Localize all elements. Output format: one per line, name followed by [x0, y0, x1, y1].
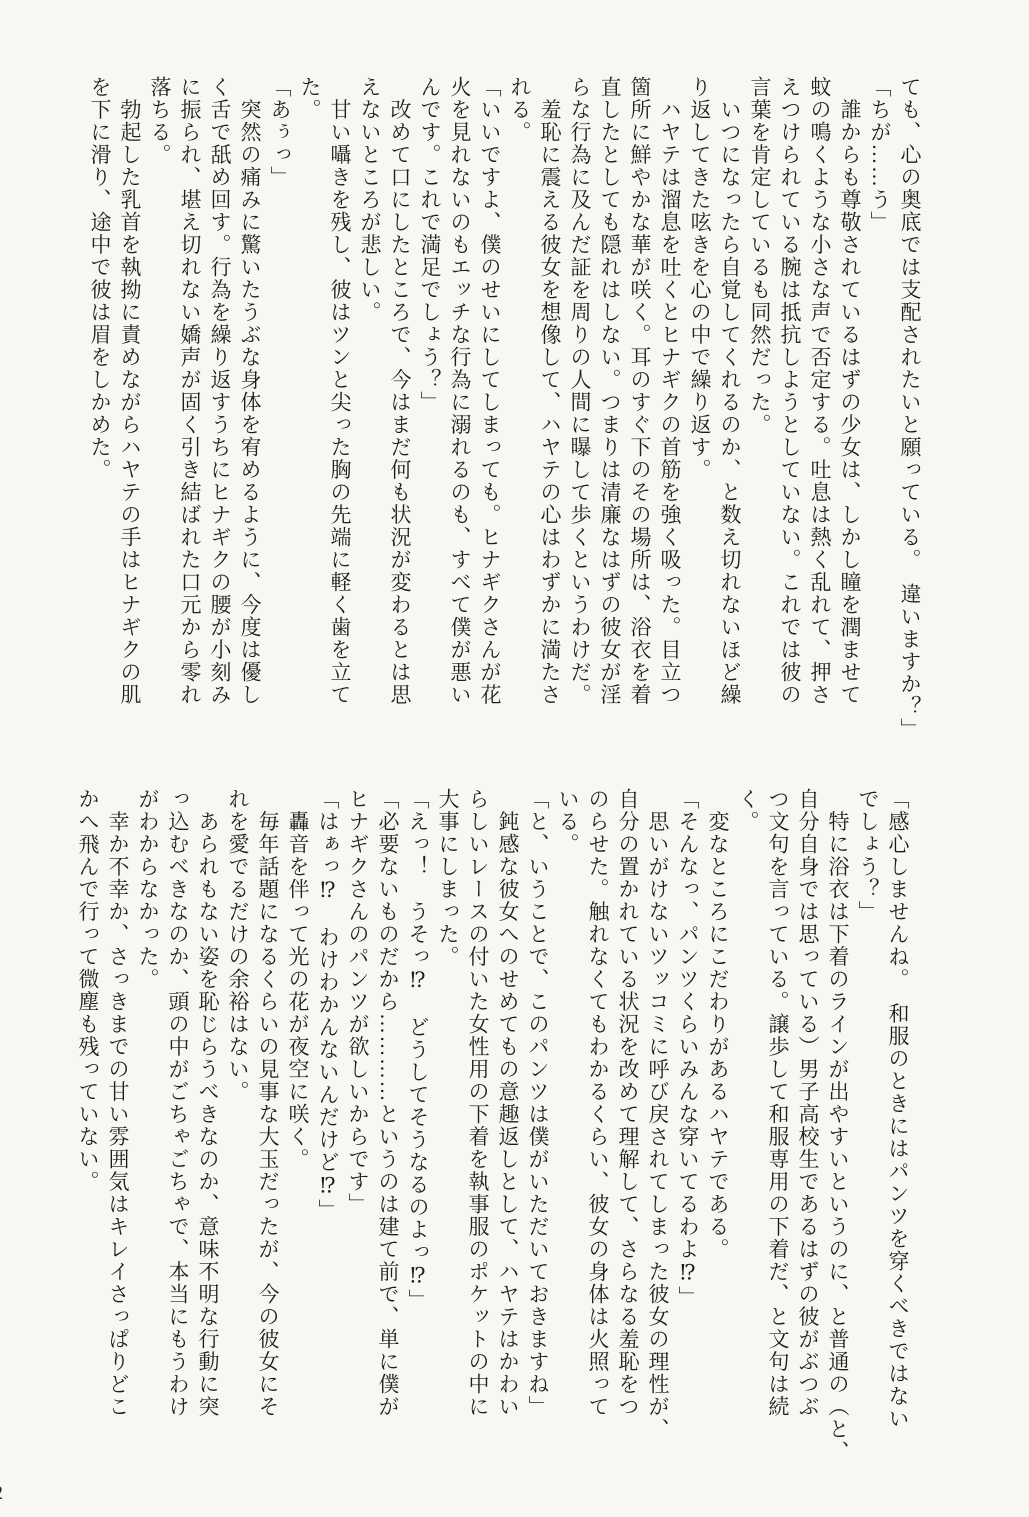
text-line: 「はぁっ⁉ わけわかんないんだけど⁉」: [313, 788, 343, 1463]
text-line: えつけられている腕は抵抗しようとしていない。これでは彼の: [775, 76, 805, 741]
text-line: かへ飛んで行って微塵も残っていない。: [73, 788, 103, 1463]
text-line: 勃起した乳首を執拗に責めながらハヤテの手はヒナギクの肌: [115, 76, 145, 741]
text-line: り返してきた呟きを心の中で繰り返す。: [685, 76, 715, 741]
text-line: 「いいですよ、僕のせいにしてしまっても。ヒナギクさんが花: [475, 76, 505, 741]
text-line: 「と、いうことで、このパンツは僕がいただいておきますね」: [523, 788, 553, 1463]
text-line: んです。これで満足でしょう？」: [415, 76, 445, 741]
text-line: 蚊の鳴くような小さな声で否定する。吐息は熱く乱れて、押さ: [805, 76, 835, 741]
text-line: 落ちる。: [145, 76, 175, 741]
text-line: 火を見れないのもエッチな行為に溺れるのも、すべて僕が悪い: [445, 76, 475, 741]
text-line: く舌で舐め回す。行為を繰り返すうちにヒナギクの腰が小刻み: [205, 76, 235, 741]
text-line: でしょう？」: [853, 788, 883, 1463]
text-line: 突然の痛みに驚いたうぶな身体を宥めるように、今度は優し: [235, 76, 265, 741]
text-line: 幸か不幸か、さっきまでの甘い雰囲気はキレイさっぱりどこ: [103, 788, 133, 1463]
text-line: ハヤテは溜息を吐くとヒナギクの首筋を強く吸った。目立つ: [655, 76, 685, 741]
text-line: 鈍感な彼女へのせめてもの意趣返しとして、ハヤテはかわい: [493, 788, 523, 1463]
text-line: 「ちが……う」: [865, 76, 895, 741]
text-line: 自分の置かれている状況を改めて理解して、さらなる羞恥をつ: [613, 788, 643, 1463]
text-line: れる。: [505, 76, 535, 741]
text-line: れを愛でるだけの余裕はない。: [223, 788, 253, 1463]
text-line: 轟音を伴って光の花が夜空に咲く。: [283, 788, 313, 1463]
text-line: 「必要ないものだから…………というのは建て前で、単に僕が: [373, 788, 403, 1463]
text-line: らな行為に及んだ証を周りの人間に曝して歩くというわけだ。: [565, 76, 595, 741]
text-line: いる。: [553, 788, 583, 1463]
text-line: 自分自身では思っている）男子高校生であるはずの彼がぶつぶ: [793, 788, 823, 1463]
text-line: 「そんなっ、パンツくらいみんな穿いてるわよ⁉」: [673, 788, 703, 1463]
text-line: がわからなかった。: [133, 788, 163, 1463]
top-text-block: ても、心の奥底では支配されたいと願っている。 違いますか？」「ちが……う」 誰か…: [85, 76, 925, 741]
text-line: のらせた。触れなくてもわかるくらい、彼女の身体は火照って: [583, 788, 613, 1463]
text-line: 羞恥に震える彼女を想像して、ハヤテの心はわずかに満たさ: [535, 76, 565, 741]
text-line: 「あぅっ」: [265, 76, 295, 741]
text-line: 毎年話題になるくらいの見事な大玉だったが、今の彼女にそ: [253, 788, 283, 1463]
text-line: らしいレースの付いた女性用の下着を執事服のポケットの中に: [463, 788, 493, 1463]
text-line: 甘い囁きを残し、彼はツンと尖った胸の先端に軽く歯を立て: [325, 76, 355, 741]
text-line: 誰からも尊敬されているはずの少女は、しかし瞳を潤ませて: [835, 76, 865, 741]
text-line: 「感心しませんね。 和服のときにはパンツを穿くべきではない: [883, 788, 913, 1463]
text-line: えないところが悲しい。: [355, 76, 385, 741]
text-line: あられもない姿を恥じらうべきなのか、意味不明な行動に突: [193, 788, 223, 1463]
text-line: つ文句を言っている。譲歩して和服専用の下着だ、と文句は続: [763, 788, 793, 1463]
text-line: に振られ、堪え切れない嬌声が固く引き結ばれた口元から零れ: [175, 76, 205, 741]
scanned-novel-page: ても、心の奥底では支配されたいと願っている。 違いますか？」「ちが……う」 誰か…: [0, 0, 1029, 1517]
text-line: 直したとしても隠れはしない。つまりは清廉なはずの彼女が淫: [595, 76, 625, 741]
text-line: ても、心の奥底では支配されたいと願っている。 違いますか？」: [895, 76, 925, 741]
text-line: 改めて口にしたところで、今はまだ何も状況が変わるとは思: [385, 76, 415, 741]
text-line: 変なところにこだわりがあるハヤテである。: [703, 788, 733, 1463]
page-number: 2: [0, 1482, 3, 1505]
text-line: た。: [295, 76, 325, 741]
bottom-text-block: 「感心しませんね。 和服のときにはパンツを穿くべきではないでしょう？」 特に浴衣…: [73, 788, 913, 1463]
text-line: っ込むべきなのか、頭の中がごちゃごちゃで、本当にもうわけ: [163, 788, 193, 1463]
text-line: いつになったら自覚してくれるのか、と数え切れないほど繰: [715, 76, 745, 741]
text-line: 思いがけないツッコミに呼び戻されてしまった彼女の理性が、: [643, 788, 673, 1463]
text-line: 特に浴衣は下着のラインが出やすいというのに、と普通の（と、: [823, 788, 853, 1463]
text-line: 箇所に鮮やかな華が咲く。耳のすぐ下のその場所は、浴衣を着: [625, 76, 655, 741]
text-line: ヒナギクさんのパンツが欲しいからです」: [343, 788, 373, 1463]
text-line: 「えっ！ うそっ⁉ どうしてそうなるのよっ⁉」: [403, 788, 433, 1463]
text-line: を下に滑り、途中で彼は眉をしかめた。: [85, 76, 115, 741]
text-line: 大事にしまった。: [433, 788, 463, 1463]
text-line: 言葉を肯定しているも同然だった。: [745, 76, 775, 741]
text-line: く。: [733, 788, 763, 1463]
